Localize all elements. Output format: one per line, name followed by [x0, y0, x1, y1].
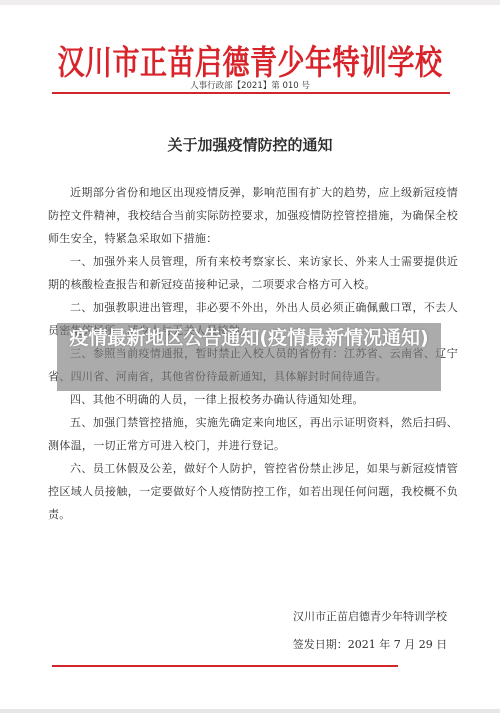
notice-title: 关于加强疫情防控的通知 [0, 134, 500, 155]
paragraph-item-6: 六、员工休假及公差，做好个人防护，管控省份禁止涉足，如果与新冠疫情管控区域人员接… [48, 457, 458, 526]
letterhead-divider [52, 92, 450, 94]
paragraph-intro: 近期部分省份和地区出现疫情反弹，影响范围有扩大的趋势，应上级新冠疫情防控文件精神… [48, 181, 458, 250]
top-border [0, 0, 500, 5]
paragraph-item-1: 一、加强外来人员管理，所有来校考察家长、来访家长、外来人士需要提供近期的核酸检查… [48, 250, 458, 296]
footer-divider [52, 665, 398, 667]
document-number: 人事行政部【2021】第 010 号 [0, 79, 500, 91]
paragraph-item-4: 四、其他不明确的人员，一律上报校务办确认待通知处理。 [48, 388, 458, 411]
signature-date: 签发日期：2021 年 7 月 29 日 [270, 636, 470, 652]
letterhead-title: 汉川市正苗启德青少年特训学校 [0, 35, 500, 84]
watermark-title: 疫情最新地区公告通知(疫情最新情况通知) [57, 326, 441, 350]
signature-organization: 汉川市正苗启德青少年特训学校 [270, 608, 470, 624]
paragraph-item-5: 五、加强门禁管控措施，实施先确定来向地区，再出示证明资料，然后扫码、测体温，一切… [48, 411, 458, 457]
document-page: 汉川市正苗启德青少年特训学校 人事行政部【2021】第 010 号 关于加强疫情… [0, 0, 500, 713]
bottom-border [0, 709, 500, 713]
